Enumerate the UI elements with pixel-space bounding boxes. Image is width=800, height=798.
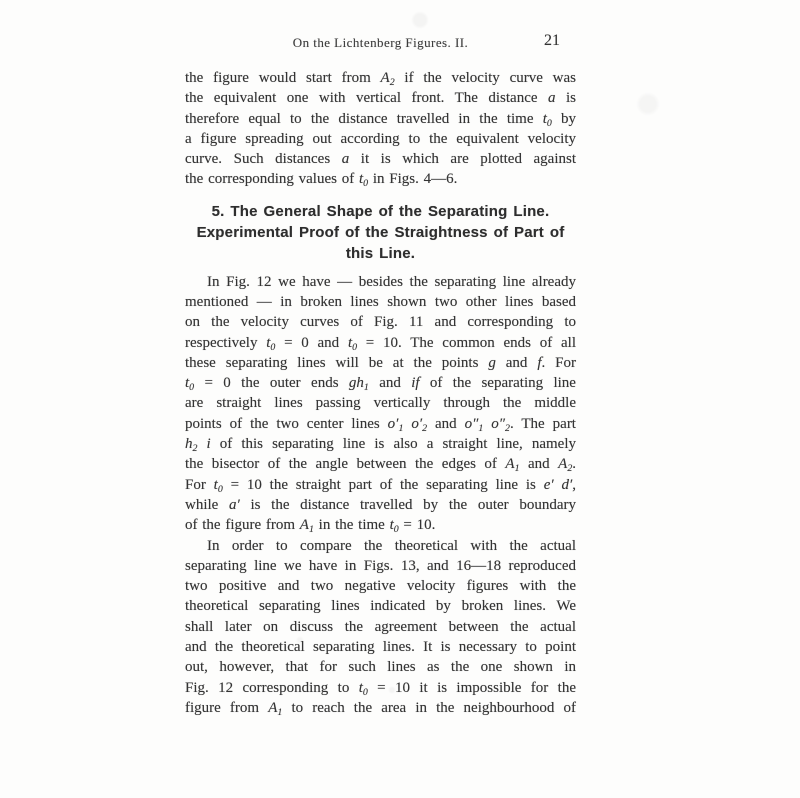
page-header: On the Lichtenberg Figures. II. 21 <box>185 36 576 50</box>
text-line: these separating lines will be at the po… <box>185 353 576 373</box>
text-line: are straight lines passing vertically th… <box>185 393 576 413</box>
scanned-book-page: On the Lichtenberg Figures. II. 21 the f… <box>0 0 800 798</box>
text-line: Fig. 12 corresponding to t0 = 10 it is i… <box>185 678 576 698</box>
text-line: In order to compare the theoretical with… <box>185 536 576 556</box>
text-line: the bisector of the angle between the ed… <box>185 454 576 474</box>
text-line: of the figure from A1 in the time t0 = 1… <box>185 515 576 535</box>
text-line: while a′ is the distance travelled by th… <box>185 495 576 515</box>
text-line: two positive and two negative velocity f… <box>185 576 576 596</box>
text-line: In Fig. 12 we have — besides the separat… <box>185 272 576 292</box>
heading-line: this Line. <box>185 243 576 264</box>
heading-line: Experimental Proof of the Straightness o… <box>185 222 576 243</box>
text-line: the equivalent one with vertical front. … <box>185 88 576 108</box>
heading-line: 5. The General Shape of the Separating L… <box>185 201 576 222</box>
text-line: h2 i of this separating line is also a s… <box>185 434 576 454</box>
text-line: For t0 = 10 the straight part of the sep… <box>185 475 576 495</box>
page-number: 21 <box>544 32 560 50</box>
text-line: mentioned — in broken lines shown two ot… <box>185 292 576 312</box>
text-line: out, however, that for such lines as the… <box>185 657 576 677</box>
text-line: separating line we have in Figs. 13, and… <box>185 556 576 576</box>
text-line: the figure would start from A2 if the ve… <box>185 68 576 88</box>
section-heading: 5. The General Shape of the Separating L… <box>185 201 576 265</box>
text-line: the corresponding values of t0 in Figs. … <box>185 169 576 189</box>
text-line: shall later on discuss the agreement bet… <box>185 617 576 637</box>
text-line: theoretical separating lines indicated b… <box>185 596 576 616</box>
text-line: on the velocity curves of Fig. 11 and co… <box>185 312 576 332</box>
paragraph: In order to compare the theoretical with… <box>185 536 576 719</box>
paragraph: the figure would start from A2 if the ve… <box>185 68 576 190</box>
text-block: On the Lichtenberg Figures. II. 21 the f… <box>185 36 576 718</box>
paragraph: In Fig. 12 we have — besides the separat… <box>185 272 576 536</box>
text-line: t0 = 0 the outer ends gh1 and if of the … <box>185 373 576 393</box>
text-line: a figure spreading out according to the … <box>185 129 576 149</box>
page-content: the figure would start from A2 if the ve… <box>185 68 576 718</box>
running-head: On the Lichtenberg Figures. II. <box>185 36 576 50</box>
text-line: figure from A1 to reach the area in the … <box>185 698 576 718</box>
text-line: respectively t0 = 0 and t0 = 10. The com… <box>185 333 576 353</box>
text-line: curve. Such distances a it is which are … <box>185 149 576 169</box>
text-line: points of the two center lines o′1 o′2 a… <box>185 414 576 434</box>
text-line: and the theoretical separating lines. It… <box>185 637 576 657</box>
text-line: therefore equal to the distance travelle… <box>185 109 576 129</box>
